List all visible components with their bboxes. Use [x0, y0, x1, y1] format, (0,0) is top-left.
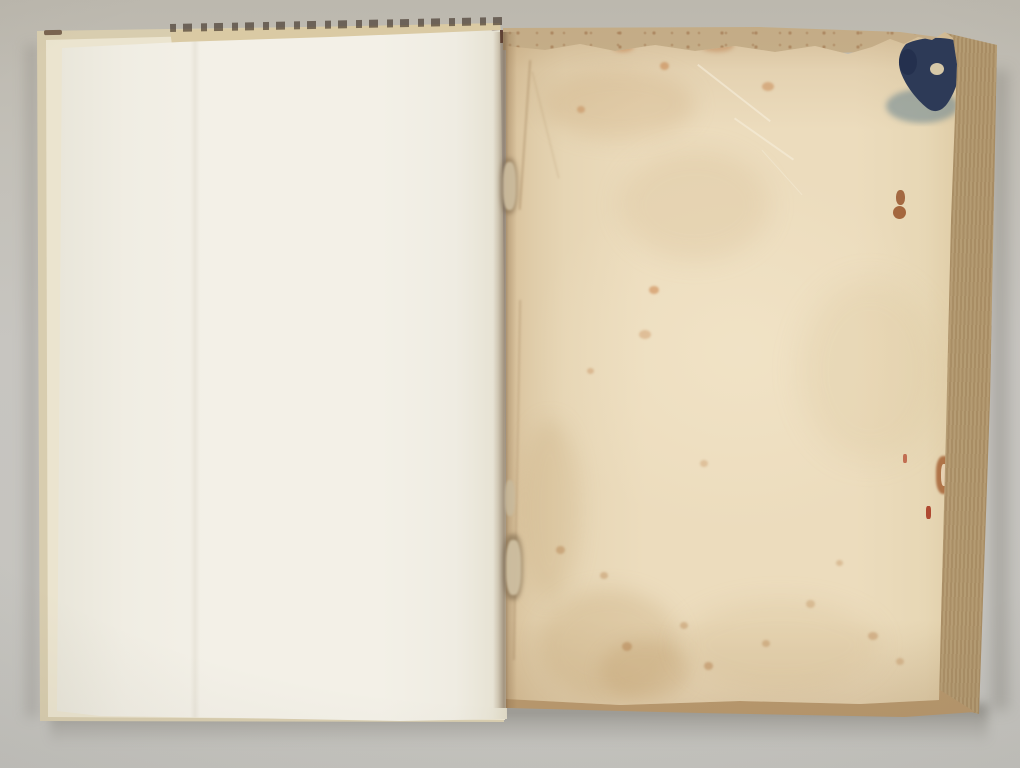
- foxing-spot: [680, 622, 688, 629]
- book-cast-shadow-bottom: [50, 704, 988, 744]
- foxing-spot: [836, 560, 843, 566]
- scratch-line: [697, 64, 771, 122]
- tone-blotch: [620, 150, 770, 260]
- foxing-spot: [700, 38, 734, 52]
- red-tick: [903, 454, 907, 463]
- red-dash: [926, 506, 931, 519]
- tone-blotch: [680, 600, 880, 690]
- foxing-spot: [600, 572, 608, 579]
- foxing-spot: [556, 546, 565, 554]
- foxing-spot: [612, 40, 634, 52]
- photograph-background: [0, 0, 1020, 768]
- foxing-spot: [896, 658, 904, 665]
- rust-squiggle: [936, 456, 953, 494]
- book-cast-shadow-right: [992, 70, 1008, 710]
- crease-line: [532, 72, 560, 179]
- crease-line: [519, 60, 531, 210]
- foxing-spot: [762, 82, 774, 91]
- brown-dot: [893, 206, 906, 219]
- rust-squiggle-core: [941, 464, 947, 486]
- blue-blob-body: [899, 38, 960, 111]
- foxing-spot: [806, 600, 815, 608]
- foxing-spot: [762, 640, 770, 647]
- damp-stain: [520, 420, 580, 600]
- foxing-spot: [649, 286, 659, 294]
- cover-edge-sliver: [44, 30, 62, 35]
- book-cast-shadow-left: [26, 45, 38, 717]
- blue-blob-dark-lobe: [899, 49, 917, 75]
- tone-blotch: [600, 640, 690, 700]
- foxing-spot: [700, 460, 708, 467]
- tone-blotch: [800, 280, 940, 460]
- foxing-spot: [622, 642, 632, 651]
- foxing-spot: [868, 632, 878, 640]
- tone-blotch: [545, 70, 695, 140]
- foxing-spot: [587, 368, 594, 374]
- behind-page-edge-marks: [170, 17, 502, 32]
- foxing-spot: [639, 330, 651, 339]
- foxing-spot: [704, 662, 713, 670]
- scratch-line: [734, 118, 794, 161]
- foxing-spot: [577, 106, 585, 113]
- foxing-spot: [660, 62, 669, 70]
- blue-blob-hole: [930, 63, 944, 75]
- binding-gutter: [493, 32, 517, 708]
- scratch-line: [762, 150, 803, 195]
- blue-wash: [886, 89, 958, 123]
- tone-blotch: [540, 590, 680, 700]
- brown-mark: [896, 190, 905, 205]
